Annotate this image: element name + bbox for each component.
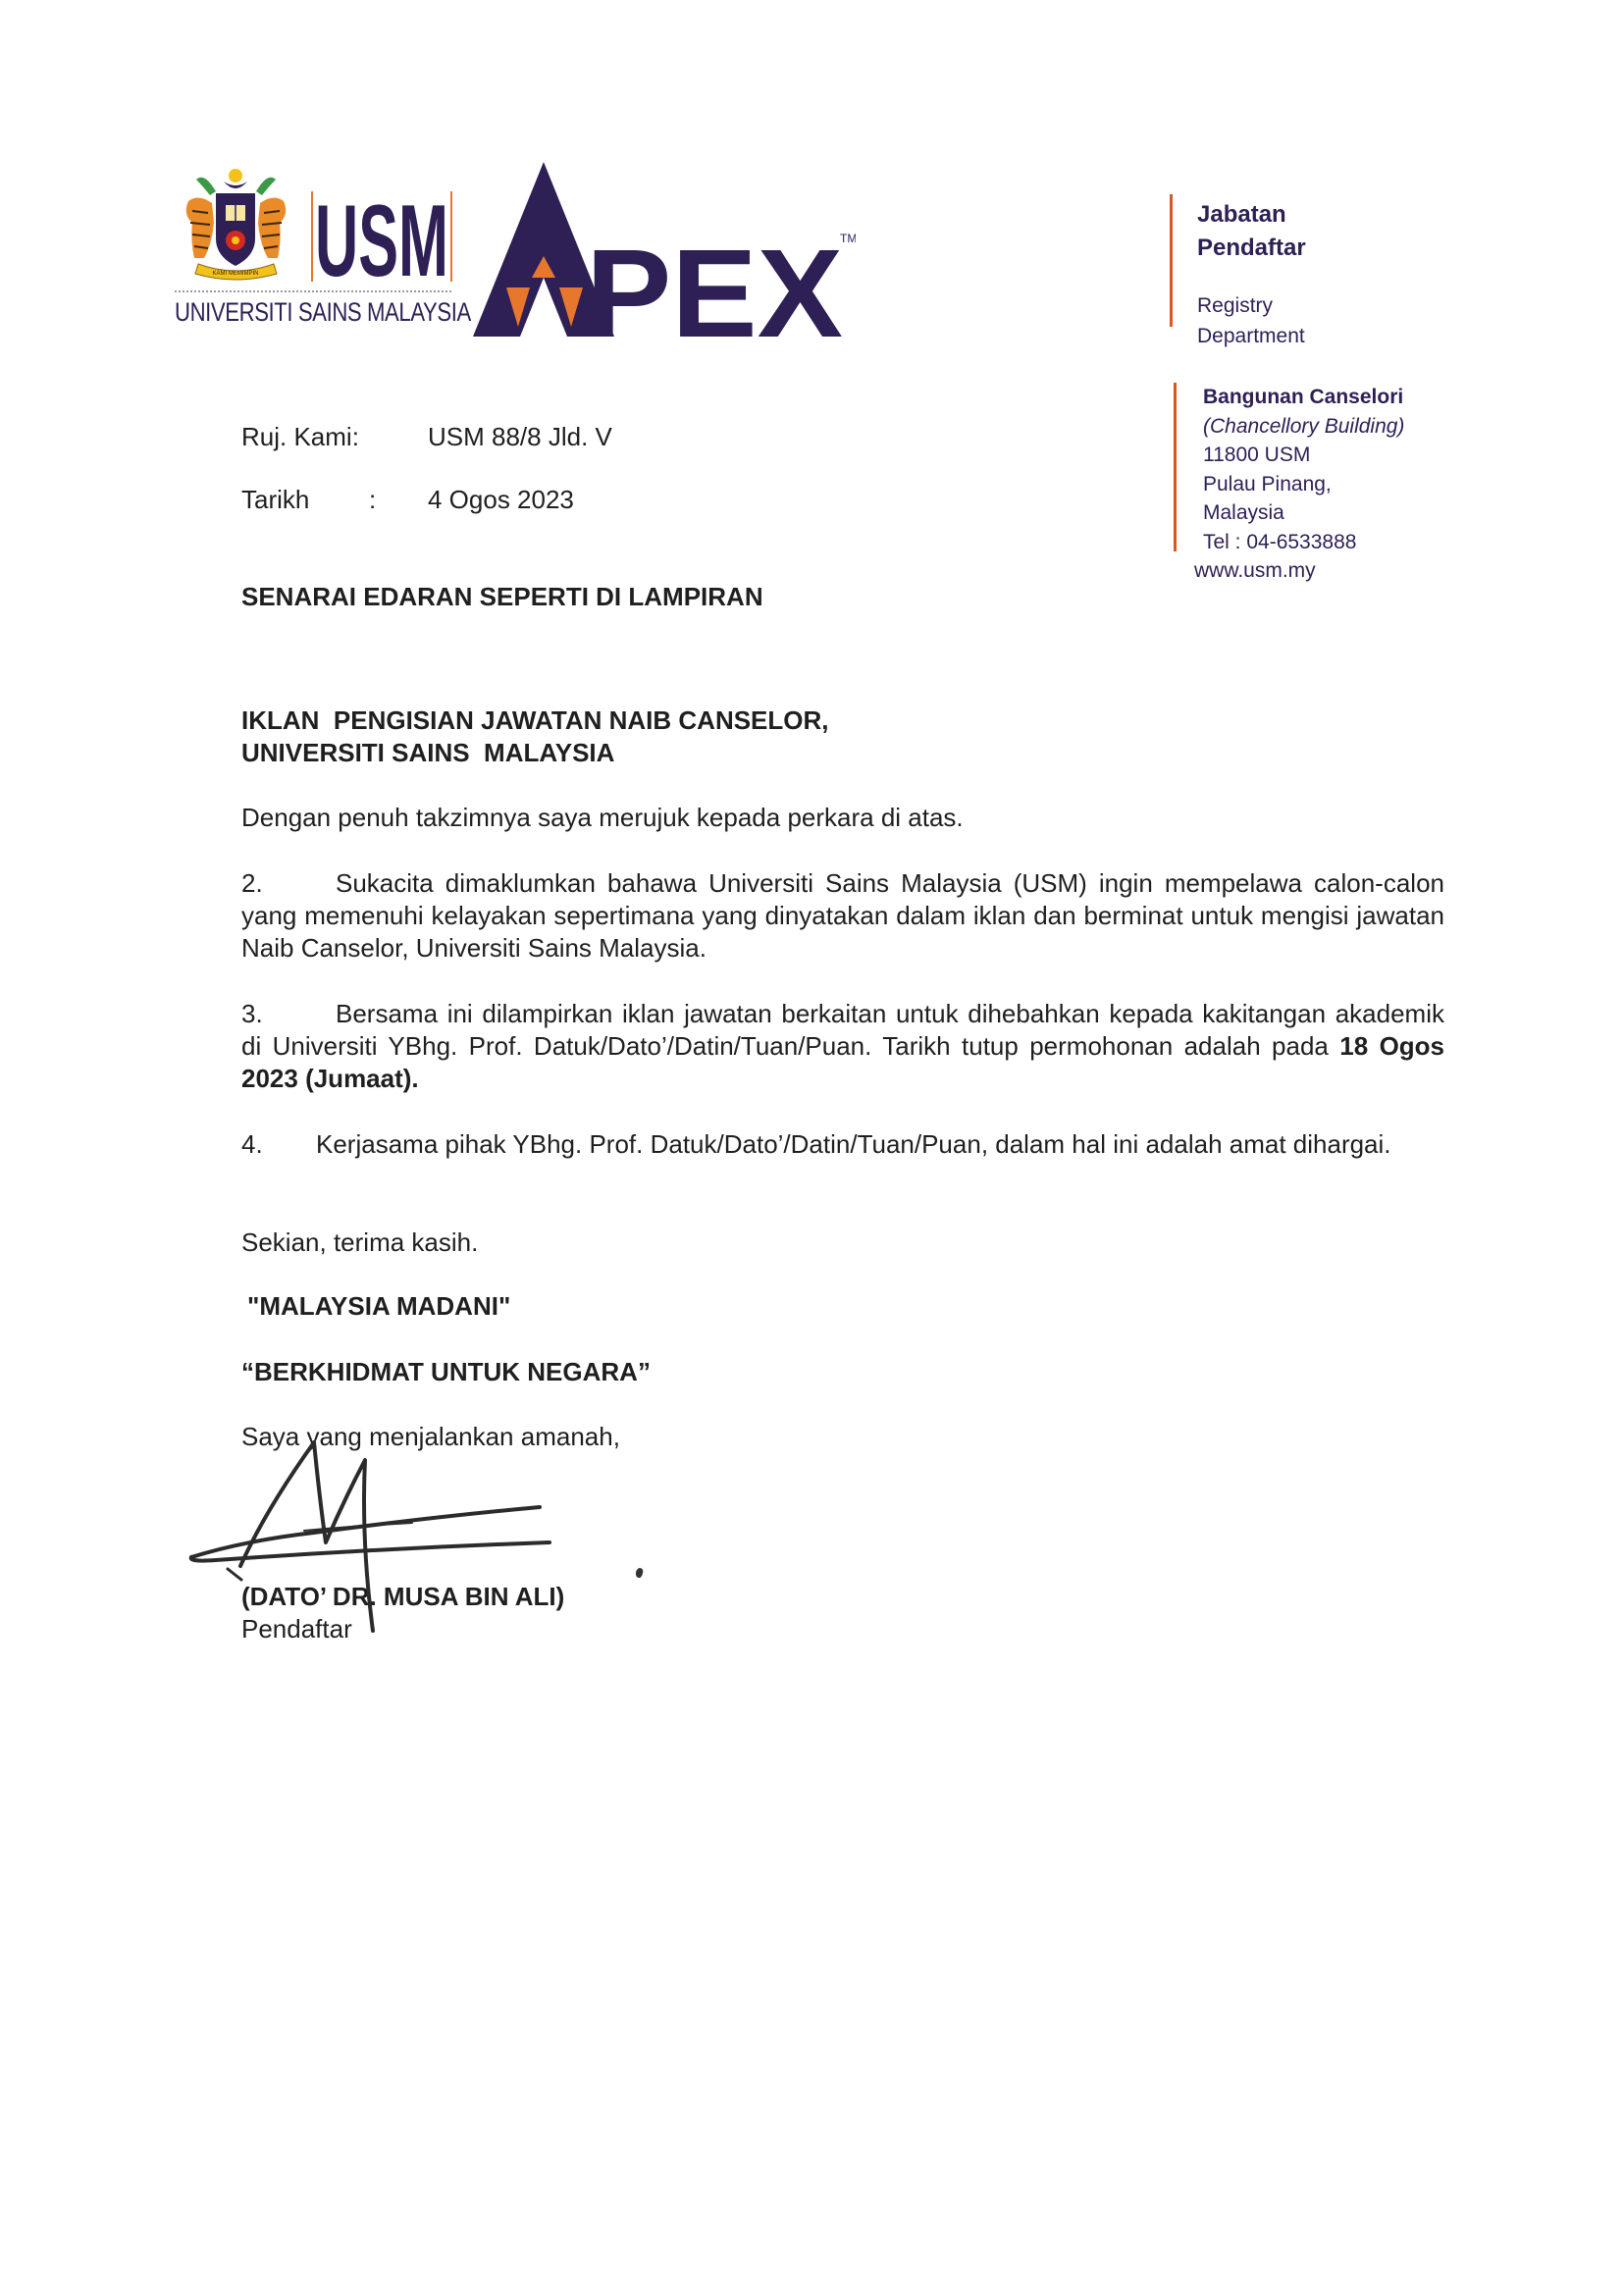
reference-line: Ruj. Kami:USM 88/8 Jld. V — [241, 422, 612, 452]
address-block: Bangunan Canselori (Chancellory Building… — [1203, 383, 1404, 556]
subject-line-2: UNIVERSITI SAINS MALAYSIA — [241, 737, 829, 769]
usm-wordmark-logo: USM — [309, 191, 456, 285]
paragraph-4-number: 4. — [241, 1128, 316, 1161]
paragraph-2: 2.Sukacita dimaklumkan bahawa Universiti… — [241, 867, 1444, 965]
department-block: Jabatan Pendaftar Registry Department — [1197, 198, 1306, 351]
address-postcode: 11800 USM — [1203, 441, 1404, 470]
svg-text:PEX: PEX — [586, 224, 843, 340]
department-name-en-2: Department — [1197, 321, 1306, 351]
opening-paragraph: Dengan penuh takzimnya saya merujuk kepa… — [241, 802, 1444, 834]
recipient-line: SENARAI EDARAN SEPERTI DI LAMPIRAN — [241, 582, 763, 612]
apex-logo: PEX TM — [473, 162, 856, 340]
department-accent-rule — [1170, 194, 1173, 327]
subject-line-1: IKLAN PENGISIAN JAWATAN NAIB CANSELOR, — [241, 704, 829, 737]
date-line: Tarikh:4 Ogos 2023 — [241, 485, 574, 515]
closing-line: Sekian, terima kasih. — [241, 1226, 1444, 1259]
address-tel: Tel : 04-6533888 — [1203, 528, 1404, 557]
date-label: Tarikh — [241, 485, 369, 515]
university-name: UNIVERSITI SAINS MALAYSIA — [175, 297, 471, 328]
reference-label: Ruj. Kami: — [241, 422, 428, 452]
paragraph-3-text: Bersama ini dilampirkan iklan jawatan be… — [241, 999, 1444, 1061]
address-state: Pulau Pinang, — [1203, 470, 1404, 499]
department-name-ms-1: Jabatan — [1197, 198, 1306, 232]
motto-malaysia-madani: "MALAYSIA MADANI" — [247, 1291, 510, 1322]
svg-text:USM: USM — [315, 191, 448, 285]
subject-heading: IKLAN PENGISIAN JAWATAN NAIB CANSELOR, U… — [241, 704, 829, 769]
svg-text:KAMI MEMIMPIN: KAMI MEMIMPIN — [212, 271, 258, 277]
paragraph-3: 3.Bersama ini dilampirkan iklan jawatan … — [241, 998, 1444, 1095]
address-building-en: (Chancellory Building) — [1203, 412, 1404, 442]
department-name-en-1: Registry — [1197, 290, 1306, 321]
logo-divider — [175, 290, 451, 292]
date-value: 4 Ogos 2023 — [428, 485, 574, 515]
paragraph-4: 4.Kerjasama pihak YBhg. Prof. Datuk/Dato… — [241, 1128, 1444, 1161]
department-name-ms-2: Pendaftar — [1197, 232, 1306, 265]
paragraph-4-text: Kerjasama pihak YBhg. Prof. Datuk/Dato’/… — [316, 1129, 1391, 1159]
address-accent-rule — [1174, 383, 1177, 551]
date-colon: : — [369, 485, 428, 515]
reference-value: USM 88/8 Jld. V — [428, 422, 612, 452]
address-country: Malaysia — [1203, 498, 1404, 528]
signature-icon — [186, 1423, 657, 1658]
paragraph-2-number: 2. — [241, 867, 336, 900]
usm-crest-logo: KAMI MEMIMPIN — [175, 162, 297, 285]
website-link[interactable]: www.usm.my — [1194, 559, 1316, 583]
paragraph-3-number: 3. — [241, 998, 336, 1030]
motto-berkhidmat: “BERKHIDMAT UNTUK NEGARA” — [241, 1357, 651, 1387]
paragraph-2-text: Sukacita dimaklumkan bahawa Universiti S… — [241, 868, 1444, 963]
svg-text:TM: TM — [840, 232, 856, 245]
address-building-ms: Bangunan Canselori — [1203, 383, 1404, 412]
